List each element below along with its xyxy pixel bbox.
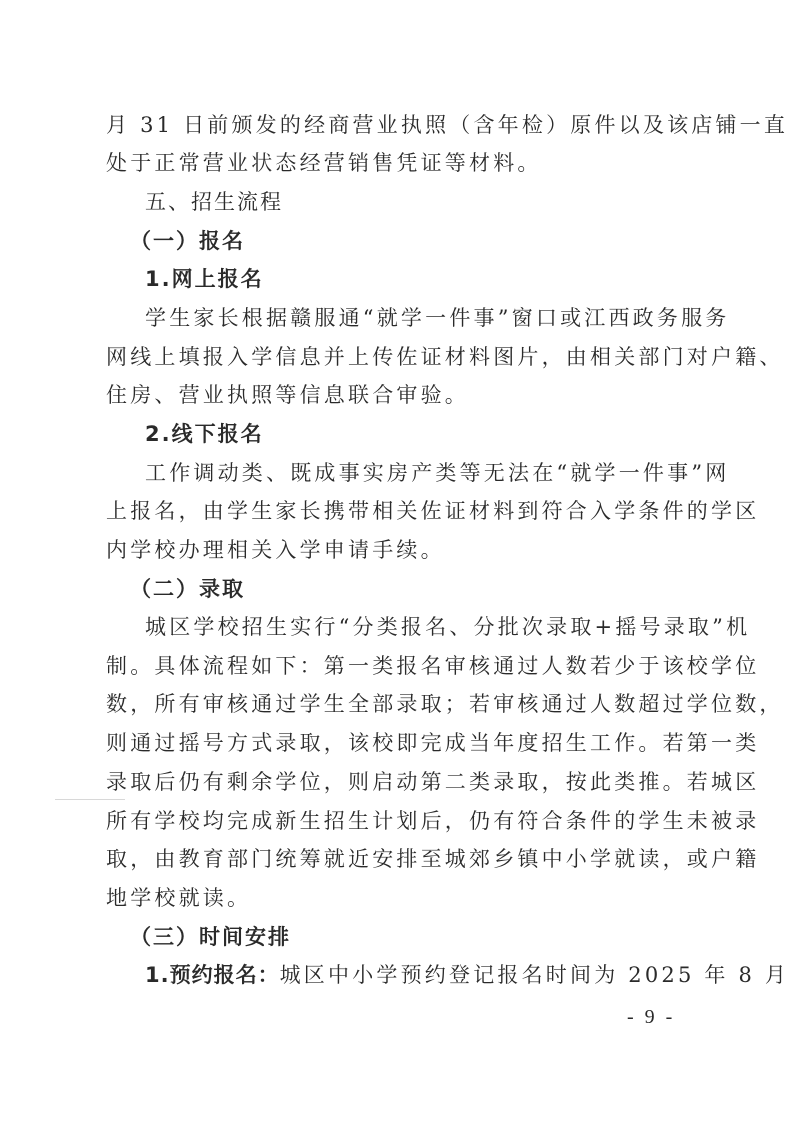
page-number: - 9 - [627, 1006, 675, 1029]
body-text-line: 录取后仍有剩余学位，则启动第二类录取，按此类推。若城区 [106, 769, 696, 795]
body-text-line: 取，由教育部门统筹就近安排至城郊乡镇中小学就读，或户籍 [106, 846, 696, 872]
item-text: 城区中小学预约登记报名时间为 2025 年 8 月 8 [280, 963, 793, 987]
body-text-line: 上报名，由学生家长携带相关佐证材料到符合入学条件的学区 [106, 498, 696, 524]
section-heading: 五、招生流程 [145, 189, 735, 215]
body-text-line: 制。具体流程如下：第一类报名审核通过人数若少于该校学位 [106, 653, 696, 679]
body-text-line: 处于正常营业状态经营销售凭证等材料。 [106, 150, 696, 176]
body-text-line: 月 31 日前颁发的经商营业执照（含年检）原件以及该店铺一直 [106, 112, 696, 138]
body-text-line: 内学校办理相关入学申请手续。 [106, 537, 696, 563]
document-page: 月 31 日前颁发的经商营业执照（含年检）原件以及该店铺一直 处于正常营业状态经… [0, 0, 793, 1123]
body-text-line: 地学校就读。 [106, 885, 696, 911]
item-heading: 2.线下报名 [145, 421, 735, 447]
body-text-line: 所有学校均完成新生招生计划后，仍有符合条件的学生未被录 [106, 808, 696, 834]
body-text-line: 数，所有审核通过学生全部录取；若审核通过人数超过学位数， [106, 691, 696, 717]
item-label: 1.预约报名： [145, 963, 280, 987]
subsection-heading: （三）时间安排 [130, 924, 720, 950]
body-text-line: 学生家长根据赣服通“就学一件事”窗口或江西政务服务 [145, 305, 735, 331]
body-text-line: 则通过摇号方式录取，该校即完成当年度招生工作。若第一类 [106, 730, 696, 756]
item-heading: 1.网上报名 [145, 266, 735, 292]
body-text-line: 网线上填报入学信息并上传佐证材料图片，由相关部门对户籍、 [106, 344, 696, 370]
subsection-heading: （一）报名 [130, 228, 720, 254]
body-text-line: 工作调动类、既成事实房产类等无法在“就学一件事”网 [145, 460, 735, 486]
subsection-heading: （二）录取 [130, 576, 720, 602]
body-text-line: 住房、营业执照等信息联合审验。 [106, 382, 696, 408]
scan-artifact [55, 799, 125, 800]
body-text-line: 1.预约报名：城区中小学预约登记报名时间为 2025 年 8 月 8 [145, 962, 735, 988]
body-text-line: 城区学校招生实行“分类报名、分批次录取+摇号录取”机 [145, 614, 735, 640]
